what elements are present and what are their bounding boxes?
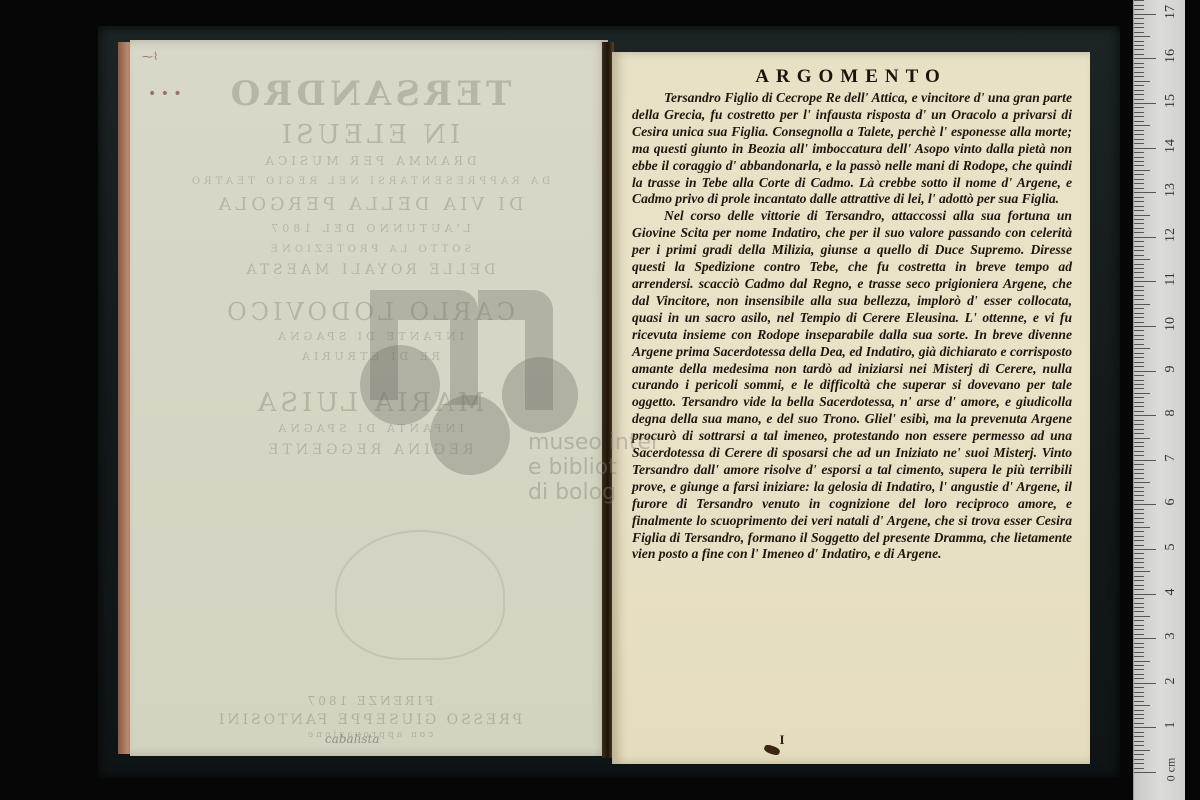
ruler-tick	[1134, 23, 1144, 24]
ruler-tick	[1134, 107, 1144, 108]
ruler-label: 15	[1163, 91, 1179, 111]
ruler-tick	[1134, 348, 1150, 349]
ruler-tick	[1134, 223, 1144, 224]
ruler-tick	[1134, 94, 1144, 95]
ruler-tick	[1134, 206, 1144, 207]
ruler-tick	[1134, 90, 1144, 91]
ruler-tick	[1134, 99, 1144, 100]
ruler-tick	[1134, 165, 1144, 166]
page-number: I	[772, 732, 792, 748]
ruler-label: 6	[1163, 492, 1179, 512]
ruler-tick	[1134, 482, 1150, 483]
ruler-tick	[1134, 674, 1144, 675]
ruler-tick	[1134, 380, 1144, 381]
ruler-tick	[1134, 629, 1144, 630]
ruler-tick	[1134, 259, 1150, 260]
ruler-tick	[1134, 246, 1144, 247]
ruler-tick	[1134, 714, 1144, 715]
ruler-tick	[1134, 393, 1150, 394]
ruler-tick	[1134, 495, 1144, 496]
ghost-title-line: SOTTO LA PROTEZIONE	[130, 244, 608, 255]
ruler-label: 16	[1163, 46, 1179, 66]
ruler-tick	[1134, 580, 1144, 581]
ruler-tick	[1134, 250, 1144, 251]
ruler-tick	[1134, 215, 1150, 216]
ruler-tick	[1134, 460, 1156, 461]
ruler-tick	[1134, 344, 1144, 345]
scan-stage: ⁓⌇ • • • TERSANDRO IN ELEUSI DRAMMA PER …	[0, 0, 1200, 800]
ruler-tick	[1134, 397, 1144, 398]
ruler-tick	[1134, 678, 1144, 679]
paragraph: Tersandro Figlio di Cecrope Re dell' Att…	[632, 90, 1072, 208]
ruler-tick	[1134, 701, 1144, 702]
ruler-tick	[1134, 553, 1144, 554]
ruler-tick	[1134, 442, 1144, 443]
ruler-tick	[1134, 366, 1144, 367]
ruler-tick	[1134, 85, 1144, 86]
right-page: ARGOMENTO Tersandro Figlio di Cecrope Re…	[612, 52, 1090, 764]
ghost-title-line: REGINA REGGENTE	[130, 442, 608, 458]
ruler-tick	[1134, 696, 1144, 697]
ruler-label: 9	[1163, 359, 1179, 379]
ruler-tick	[1134, 264, 1144, 265]
ruler-tick	[1134, 513, 1144, 514]
ruler-tick	[1134, 322, 1144, 323]
ruler-tick	[1134, 571, 1150, 572]
ruler-tick	[1134, 76, 1144, 77]
paragraph: Nel corso delle vittorie di Tersandro, a…	[632, 208, 1072, 563]
ruler-tick	[1134, 625, 1144, 626]
ghost-title-line: INFANTE DI SPAGNA	[130, 330, 608, 343]
ruler-tick	[1134, 148, 1156, 149]
ruler-tick	[1134, 308, 1144, 309]
ruler-tick	[1134, 317, 1144, 318]
ruler-label: 1	[1163, 715, 1179, 735]
ruler-tick	[1134, 36, 1150, 37]
ruler-tick	[1134, 362, 1144, 363]
ghost-title-line: MARIA LUISA	[130, 388, 608, 418]
ruler-tick	[1134, 652, 1144, 653]
ruler-label: 8	[1163, 403, 1179, 423]
ruler-tick	[1134, 9, 1144, 10]
ruler-tick	[1134, 402, 1144, 403]
ruler-tick	[1134, 241, 1144, 242]
ruler-tick	[1134, 420, 1144, 421]
ruler-tick	[1134, 509, 1144, 510]
ruler-tick	[1134, 759, 1144, 760]
imprint-line: FIRENZE 1807	[130, 694, 608, 708]
ruler-tick	[1134, 255, 1144, 256]
ruler-tick	[1134, 750, 1150, 751]
ruler-tick	[1134, 353, 1144, 354]
ruler-label: 0 cm	[1164, 750, 1179, 790]
ruler-tick	[1134, 473, 1144, 474]
pencil-annotation: ⁓⌇	[142, 50, 158, 63]
ruler-tick	[1134, 567, 1144, 568]
ruler-tick	[1134, 620, 1144, 621]
printer-emblem	[335, 530, 505, 660]
ruler-tick	[1134, 112, 1144, 113]
ruler-tick	[1134, 14, 1156, 15]
ruler-tick	[1134, 357, 1144, 358]
ruler-tick	[1134, 103, 1156, 104]
ruler-tick	[1134, 478, 1144, 479]
ghost-title-line: DELLE ROYALI MAESTA	[130, 262, 608, 278]
ruler-tick	[1134, 152, 1144, 153]
scale-ruler: 0 cm1234567891011121314151617	[1133, 0, 1185, 800]
ruler-tick	[1134, 295, 1144, 296]
handwritten-note: cabalista	[325, 732, 380, 746]
ruler-tick	[1134, 687, 1144, 688]
ruler-tick	[1134, 81, 1150, 82]
ruler-tick	[1134, 125, 1150, 126]
ruler-tick	[1134, 487, 1144, 488]
ruler-tick	[1134, 531, 1144, 532]
ruler-tick	[1134, 594, 1156, 595]
ghost-title-line: DRAMMA PER MUSICA	[130, 154, 608, 168]
ruler-tick	[1134, 562, 1144, 563]
ruler-tick	[1134, 451, 1144, 452]
ruler-label: 17	[1163, 2, 1179, 22]
ruler-tick	[1134, 58, 1156, 59]
ruler-tick	[1134, 522, 1144, 523]
ghost-title-line: CARLO LODOVICO	[130, 298, 608, 326]
ruler-tick	[1134, 219, 1144, 220]
ruler-tick	[1134, 326, 1156, 327]
ruler-tick	[1134, 455, 1144, 456]
ruler-tick	[1134, 232, 1144, 233]
ruler-label: 14	[1163, 136, 1179, 156]
ghost-title-line: IN ELEUSI	[130, 120, 608, 150]
ruler-tick	[1134, 201, 1144, 202]
ruler-tick	[1134, 299, 1144, 300]
ruler-tick	[1134, 54, 1144, 55]
ruler-tick	[1134, 375, 1144, 376]
ghost-title-line: DI VIA DELLA PERGOLA	[130, 194, 608, 215]
ruler-tick	[1134, 464, 1144, 465]
ruler-tick	[1134, 705, 1150, 706]
ruler-tick	[1134, 63, 1144, 64]
ruler-label: 11	[1163, 269, 1179, 289]
ruler-tick	[1134, 643, 1144, 644]
ruler-tick	[1134, 518, 1144, 519]
ruler-tick	[1134, 669, 1144, 670]
ruler-tick	[1134, 237, 1156, 238]
ruler-tick	[1134, 143, 1144, 144]
ruler-tick	[1134, 710, 1144, 711]
page-heading: ARGOMENTO	[612, 66, 1090, 88]
ruler-tick	[1134, 134, 1144, 135]
ruler-tick	[1134, 183, 1144, 184]
ruler-tick	[1134, 116, 1144, 117]
ruler-tick	[1134, 371, 1156, 372]
ruler-label: 5	[1163, 537, 1179, 557]
ruler-tick	[1134, 388, 1144, 389]
ruler-tick	[1134, 18, 1144, 19]
ruler-tick	[1134, 768, 1144, 769]
ruler-tick	[1134, 741, 1144, 742]
ruler-tick	[1134, 335, 1144, 336]
ruler-tick	[1134, 607, 1144, 608]
ruler-tick	[1134, 157, 1144, 158]
ruler-tick	[1134, 589, 1144, 590]
ruler-tick	[1134, 277, 1144, 278]
ruler-tick	[1134, 540, 1144, 541]
ruler-tick	[1134, 616, 1150, 617]
ruler-tick	[1134, 661, 1150, 662]
ruler-tick	[1134, 683, 1156, 684]
ruler-tick	[1134, 611, 1144, 612]
ghost-title-line: RE DI ETRURIA	[130, 350, 608, 363]
ruler-tick	[1134, 339, 1144, 340]
ruler-tick	[1134, 197, 1144, 198]
ruler-tick	[1134, 504, 1156, 505]
ruler-tick	[1134, 723, 1144, 724]
ruler-tick	[1134, 558, 1144, 559]
ruler-tick	[1134, 469, 1144, 470]
ruler-tick	[1134, 210, 1144, 211]
ruler-tick	[1134, 576, 1144, 577]
ruler-label: 7	[1163, 448, 1179, 468]
ruler-tick	[1134, 406, 1144, 407]
ruler-tick	[1134, 424, 1144, 425]
ruler-tick	[1134, 286, 1144, 287]
ruler-tick	[1134, 500, 1144, 501]
ruler-tick	[1134, 67, 1144, 68]
ruler-tick	[1134, 330, 1144, 331]
ruler-tick	[1134, 304, 1150, 305]
ruler-tick	[1134, 411, 1144, 412]
ghost-title-line: INFANTA DI SPAGNA	[130, 422, 608, 435]
ruler-tick	[1134, 49, 1144, 50]
ruler-tick	[1134, 429, 1144, 430]
ruler-tick	[1134, 727, 1156, 728]
ruler-tick	[1134, 665, 1144, 666]
ruler-tick	[1134, 656, 1144, 657]
ruler-tick	[1134, 545, 1144, 546]
ruler-tick	[1134, 228, 1144, 229]
ruler-tick	[1134, 438, 1150, 439]
ruler-label: 12	[1163, 225, 1179, 245]
ruler-tick	[1134, 170, 1150, 171]
ruler-tick	[1134, 32, 1144, 33]
ruler-tick	[1134, 188, 1144, 189]
argument-text: Tersandro Figlio di Cecrope Re dell' Att…	[632, 90, 1072, 563]
ruler-label: 13	[1163, 180, 1179, 200]
ruler-tick	[1134, 45, 1144, 46]
ruler-tick	[1134, 290, 1144, 291]
left-page: ⁓⌇ • • • TERSANDRO IN ELEUSI DRAMMA PER …	[130, 40, 608, 756]
ruler-tick	[1134, 772, 1156, 773]
ruler-tick	[1134, 174, 1144, 175]
ghost-title-line: L'AUTUNNO DEL 1807	[130, 222, 608, 235]
ruler-tick	[1134, 549, 1156, 550]
ruler-tick	[1134, 384, 1144, 385]
ruler-tick	[1134, 0, 1144, 1]
ruler-tick	[1134, 281, 1156, 282]
ruler-label: 3	[1163, 626, 1179, 646]
ruler-tick	[1134, 603, 1144, 604]
ruler-tick	[1134, 732, 1144, 733]
ruler-tick	[1134, 192, 1156, 193]
ghost-title-line: DA RAPPRESENTARSI NEL REGIO TEATRO	[130, 176, 608, 187]
ruler-tick	[1134, 754, 1144, 755]
ruler-tick	[1134, 415, 1156, 416]
ruler-tick	[1134, 446, 1144, 447]
ruler-tick	[1134, 161, 1144, 162]
ruler-tick	[1134, 718, 1144, 719]
ruler-tick	[1134, 72, 1144, 73]
ruler-tick	[1134, 433, 1144, 434]
ruler-tick	[1134, 585, 1144, 586]
ruler-tick	[1134, 491, 1144, 492]
ruler-tick	[1134, 139, 1144, 140]
ruler-label: 2	[1163, 671, 1179, 691]
ruler-tick	[1134, 745, 1144, 746]
ruler-tick	[1134, 27, 1144, 28]
ruler-label: 10	[1163, 314, 1179, 334]
ruler-tick	[1134, 179, 1144, 180]
ruler-tick	[1134, 763, 1144, 764]
ghost-title-line: TERSANDRO	[130, 74, 608, 114]
ruler-tick	[1134, 638, 1156, 639]
ruler-tick	[1134, 5, 1144, 6]
ruler-label: 4	[1163, 582, 1179, 602]
ruler-tick	[1134, 536, 1144, 537]
ruler-tick	[1134, 736, 1144, 737]
ruler-tick	[1134, 634, 1144, 635]
ruler-tick	[1134, 313, 1144, 314]
ruler-tick	[1134, 41, 1144, 42]
ruler-tick	[1134, 692, 1144, 693]
ruler-tick	[1134, 527, 1150, 528]
imprint-line: PRESSO GIUSEPPE FANTOSINI	[130, 712, 608, 728]
ruler-tick	[1134, 598, 1144, 599]
ruler-tick	[1134, 272, 1144, 273]
ruler-tick	[1134, 121, 1144, 122]
ruler-tick	[1134, 268, 1144, 269]
ruler-tick	[1134, 647, 1144, 648]
ruler-tick	[1134, 130, 1144, 131]
